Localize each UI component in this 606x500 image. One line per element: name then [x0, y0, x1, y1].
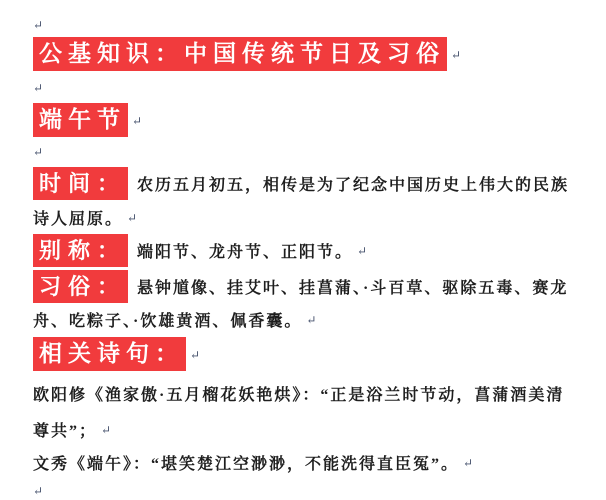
time-line-1: 时间： 农历五月初五，相传是为了纪念中国历史上伟大的民族	[33, 164, 580, 202]
poem1-line-1: 欧阳修《渔家傲·五月榴花妖艳烘》：“正是浴兰时节动，菖蒲酒美清	[33, 374, 580, 412]
customs-line-2: 舟、吃粽子、·饮雄黄酒、佩香囊。 ↵	[33, 304, 580, 334]
poem2-text: 文秀《端午》：“堪笑楚江空渺渺，不能洗得直臣冤”。	[33, 451, 459, 474]
poems-heading: 相关诗句：	[33, 337, 186, 371]
paragraph-mark: ↵	[33, 82, 43, 94]
alias-text: 端阳节、龙舟节、正阳节。	[137, 239, 353, 262]
alias-line: 别称： 端阳节、龙舟节、正阳节。 ↵	[33, 232, 580, 268]
customs-label: 习俗：	[33, 270, 128, 303]
paragraph-mark: ↵	[190, 349, 200, 361]
title-row: 公基知识：中国传统节日及习俗 ↵	[33, 36, 580, 72]
page-title: 公基知识：中国传统节日及习俗	[33, 37, 447, 71]
festival-heading: 端午节	[33, 103, 128, 137]
paragraph-mark: ↵	[357, 245, 367, 257]
customs-line-1: 习俗： 悬钟馗像、挂艾叶、挂菖蒲、·斗百草、驱除五毒、赛龙	[33, 268, 580, 304]
poem1-text-1: 欧阳修《渔家傲·五月榴花妖艳烘》：“正是浴兰时节动，菖蒲酒美清	[33, 382, 564, 405]
poem1-line-2: 尊共”； ↵	[33, 412, 580, 446]
paragraph-mark: ↵	[451, 49, 461, 61]
alias-label: 别称：	[33, 234, 128, 267]
paragraph-mark: ↵	[33, 146, 43, 158]
time-text-1: 农历五月初五，相传是为了纪念中国历史上伟大的民族	[137, 172, 569, 195]
festival-heading-row: 端午节 ↵	[33, 102, 580, 138]
time-text-2: 诗人屈原。	[33, 206, 123, 229]
poem2-line: 文秀《端午》：“堪笑楚江空渺渺，不能洗得直臣冤”。 ↵	[33, 446, 580, 478]
top-paragraph-mark-row: ↵	[33, 12, 580, 36]
poem1-text-2: 尊共”；	[33, 418, 97, 441]
paragraph-mark: ↵	[306, 314, 316, 326]
paragraph-mark: ↵	[127, 212, 137, 224]
paragraph-mark: ↵	[33, 485, 43, 497]
paragraph-mark: ↵	[33, 19, 43, 31]
customs-text-2: 舟、吃粽子、·饮雄黄酒、佩香囊。	[33, 308, 302, 331]
document-page: ↵ 公基知识：中国传统节日及习俗 ↵ ↵ 端午节 ↵ ↵ 时间： 农历五月初五，…	[0, 0, 606, 500]
time-line-2: 诗人屈原。 ↵	[33, 202, 580, 232]
end-paragraph-mark-row: ↵	[33, 478, 580, 500]
paragraph-mark: ↵	[463, 457, 473, 469]
customs-text-1: 悬钟馗像、挂艾叶、挂菖蒲、·斗百草、驱除五毒、赛龙	[137, 275, 568, 298]
empty-paragraph-row: ↵	[33, 138, 580, 164]
paragraph-mark: ↵	[101, 424, 111, 436]
paragraph-mark: ↵	[132, 115, 142, 127]
time-label: 时间：	[33, 167, 128, 200]
empty-paragraph-row: ↵	[33, 72, 580, 102]
poems-heading-row: 相关诗句： ↵	[33, 334, 580, 374]
